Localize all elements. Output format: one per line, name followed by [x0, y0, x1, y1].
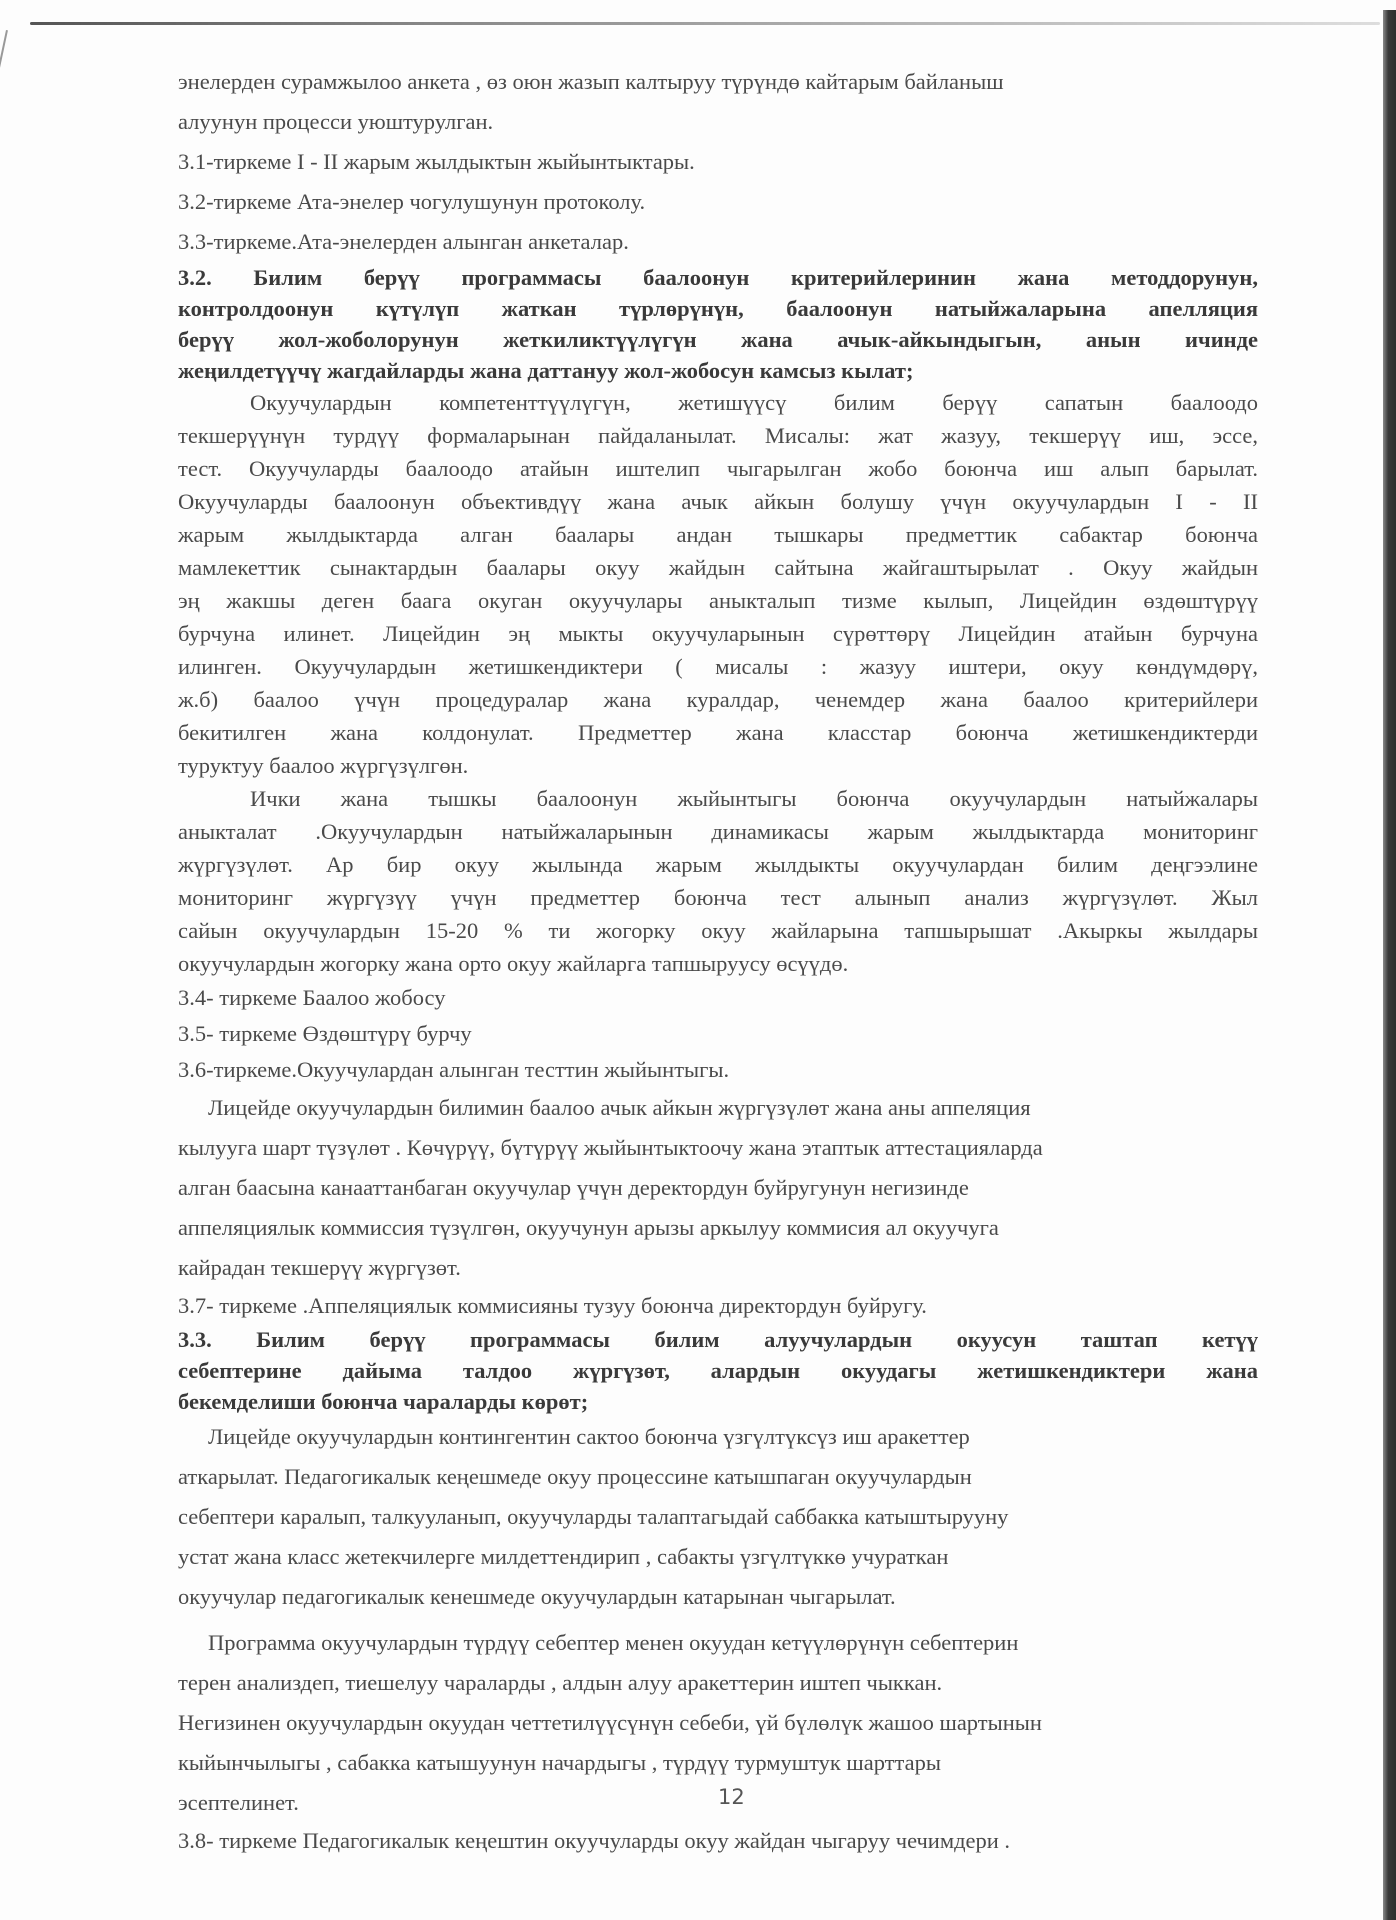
heading-line: берүү жол-жоболорунун жеткиликтүүлүгүн ж… [178, 324, 1258, 355]
attachment-item: 3.6-тиркеме.Окуучулардан алынган тесттин… [178, 1052, 1258, 1088]
intro-paragraph: энелерден сурамжылоо анкета , өз оюн жаз… [178, 62, 1258, 142]
text-line: жүргүзүлөт. Ар бир окуу жылында жарым жы… [178, 848, 1258, 881]
attachment-item: 3.5- тиркеме Өздөштүрү бурчу [178, 1016, 1258, 1052]
text-line: аппеляциялык коммиссия түзүлгөн, окуучун… [178, 1208, 1258, 1248]
heading-line: контролдоонун күтүлүп жаткан түрлөрүнүн,… [178, 293, 1258, 324]
text-line: сайын окуучулардын 15-20 % ти жогорку ок… [178, 914, 1258, 947]
scan-shadow-top [30, 22, 1380, 25]
heading-line: 3.2. Билим берүү программасы баалоонун к… [178, 262, 1258, 293]
page-number: 12 [718, 1785, 745, 1809]
text-line: бекитилген жана колдонулат. Предметтер ж… [178, 716, 1258, 749]
scan-mark-left [0, 30, 8, 138]
text-line: туруктуу баалоо жүргүзүлгөн. [178, 749, 1258, 782]
document-page: энелерден сурамжылоо анкета , өз оюн жаз… [178, 62, 1258, 1859]
text-line: кайрадан текшерүү жүргүзөт. [178, 1248, 1258, 1288]
heading-line: бекемделиши боюнча чараларды көрөт; [178, 1386, 1258, 1417]
text-line: ж.б) баалоо үчүн процедуралар жана курал… [178, 683, 1258, 716]
text-line: алган баасына канааттанбаган окуучулар ү… [178, 1168, 1258, 1208]
attachment-item: 3.3-тиркеме.Ата-энелерден алынган анкета… [178, 222, 1258, 262]
scan-shadow-right [1383, 10, 1396, 1920]
text-line: окуучулардын жогорку жана орто окуу жайл… [178, 947, 1258, 980]
text-line: Программа окуучулардын түрдүү себептер м… [178, 1623, 1258, 1663]
text-line: Окуучуларды баалоонун объективдүү жана а… [178, 485, 1258, 518]
attachment-item: 3.7- тиркеме .Аппеляциялык коммисияны ту… [178, 1288, 1258, 1324]
text-line: кылууга шарт түзүлөт . Көчүрүү, бүтүрүү … [178, 1128, 1258, 1168]
text-line: устат жана класс жетекчилерге милдеттенд… [178, 1537, 1258, 1577]
text-line: аныкталат .Окуучулардын натыйжаларынын д… [178, 815, 1258, 848]
text-line: мамлекеттик сынактардын баалары окуу жай… [178, 551, 1258, 584]
text-line: алуунун процесси уюштурулган. [178, 102, 1258, 142]
paragraph: Ички жана тышкы баалоонун жыйынтыгы боюн… [178, 782, 1258, 980]
text-line: Негизинен окуучулардын окуудан четтетилү… [178, 1703, 1258, 1743]
paragraph: Лицейде окуучулардын билимин баалоо ачык… [178, 1088, 1258, 1288]
section-heading-3-2: 3.2. Билим берүү программасы баалоонун к… [178, 262, 1258, 386]
text-line: энелерден сурамжылоо анкета , өз оюн жаз… [178, 62, 1258, 102]
text-line: илинген. Окуучулардын жетишкендиктери ( … [178, 650, 1258, 683]
attachment-list: 3.4- тиркеме Баалоо жобосу 3.5- тиркеме … [178, 980, 1258, 1088]
heading-line: жеңилдетүүчү жагдайларды жана даттануу ж… [178, 355, 1258, 386]
attachment-item: 3.1-тиркеме I - II жарым жылдыктын жыйын… [178, 142, 1258, 182]
text-line: Ички жана тышкы баалоонун жыйынтыгы боюн… [178, 782, 1258, 815]
section-heading-3-3: 3.3. Билим берүү программасы билим алууч… [178, 1324, 1258, 1417]
text-line: мониторинг жүргүзүү үчүн предметтер боюн… [178, 881, 1258, 914]
heading-line: себептерине дайыма талдоо жүргүзөт, алар… [178, 1355, 1258, 1386]
text-line: текшерүүнүн турдүү формаларынан пайдалан… [178, 419, 1258, 452]
attachment-item: 3.4- тиркеме Баалоо жобосу [178, 980, 1258, 1016]
attachment-list: 3.7- тиркеме .Аппеляциялык коммисияны ту… [178, 1288, 1258, 1324]
text-line: эң жакшы деген баага окуган окуучулары а… [178, 584, 1258, 617]
text-line: тест. Окуучуларды баалоодо атайын иштели… [178, 452, 1258, 485]
text-line: себептери каралып, талкууланып, окуучула… [178, 1497, 1258, 1537]
text-line: бурчуна илинет. Лицейдин эң мыкты окуучу… [178, 617, 1258, 650]
text-line: кыйынчылыгы , сабакка катышуунун начарды… [178, 1743, 1258, 1783]
attachment-item: 3.2-тиркеме Ата-энелер чогулушунун прото… [178, 182, 1258, 222]
text-line: аткарылат. Педагогикалык кеңешмеде окуу … [178, 1457, 1258, 1497]
text-line: Окуучулардын компетенттүүлүгүн, жетишүүс… [178, 386, 1258, 419]
text-line: Лицейде окуучулардын контингентин сактоо… [178, 1417, 1258, 1457]
text-line: Лицейде окуучулардын билимин баалоо ачык… [178, 1088, 1258, 1128]
attachment-list: 3.1-тиркеме I - II жарым жылдыктын жыйын… [178, 142, 1258, 262]
text-line: окуучулар педагогикалык кенешмеде окуучу… [178, 1577, 1258, 1617]
text-line: жарым жылдыктарда алган баалары андан ты… [178, 518, 1258, 551]
attachment-list: 3.8- тиркеме Педагогикалык кеңештин окуу… [178, 1823, 1258, 1859]
text-line: терен анализдеп, тиешелуу чараларды , ал… [178, 1663, 1258, 1703]
paragraph: Лицейде окуучулардын контингентин сактоо… [178, 1417, 1258, 1617]
attachment-item: 3.8- тиркеме Педагогикалык кеңештин окуу… [178, 1823, 1258, 1859]
paragraph: Окуучулардын компетенттүүлүгүн, жетишүүс… [178, 386, 1258, 782]
heading-line: 3.3. Билим берүү программасы билим алууч… [178, 1324, 1258, 1355]
